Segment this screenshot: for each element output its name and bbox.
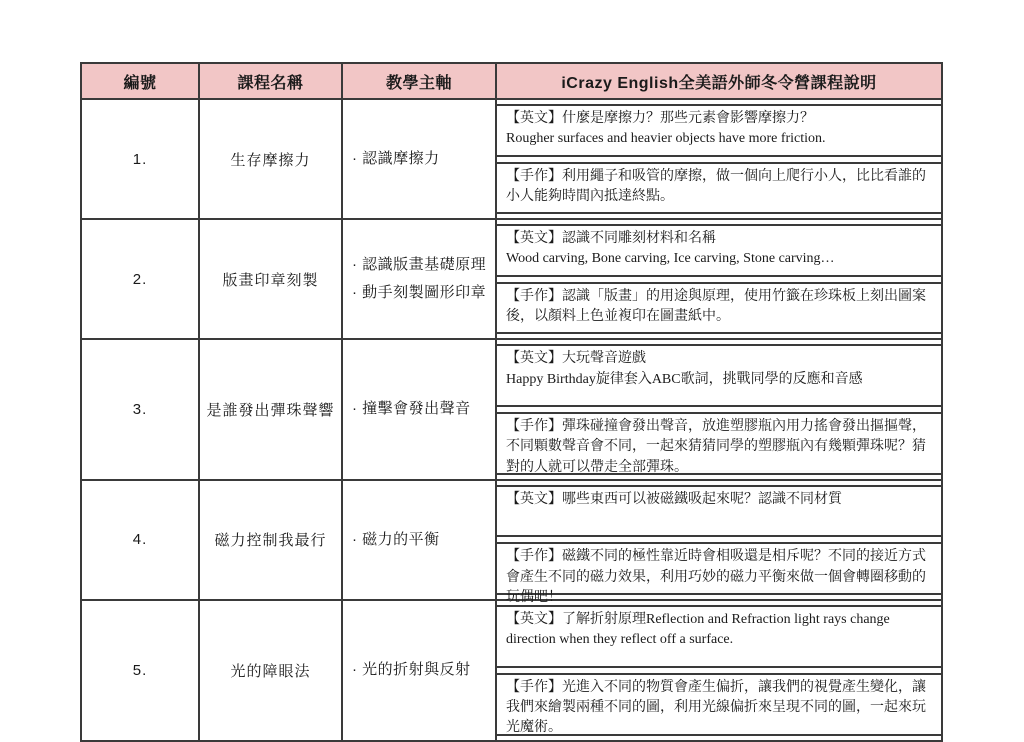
header-cell-number: 編號 [82,64,200,98]
table-row: 5. 光的障眼法 · 光的折射與反射 【英文】了解折射原理Reflection … [82,601,941,724]
row-number: 3. [82,340,200,478]
description-cell: 【英文】大玩聲音遊戲 Happy Birthday旋律套入ABC歌詞，挑戰同學的… [497,340,941,478]
handson-description: 【手作】光進入不同的物質會產生偏折，讓我們的視覺產生變化，讓我們來繪製兩種不同的… [497,673,941,724]
course-name-cell: 光的障眼法 [200,601,343,724]
header-cell-description: iCrazy English全美語外師冬令營課程說明 [497,64,941,98]
handson-description: 【手作】利用繩子和吸管的摩擦，做一個向上爬行小人，比比看誰的小人能夠時間內抵達終… [497,162,941,215]
table-row: 4. 磁力控制我最行 · 磁力的平衡 【英文】哪些東西可以被磁鐵吸起來呢？認識不… [82,481,941,601]
course-table: 編號 課程名稱 教學主軸 iCrazy English全美語外師冬令營課程說明 … [80,62,943,724]
description-cell: 【英文】哪些東西可以被磁鐵吸起來呢？認識不同材質 【手作】磁鐵不同的極性靠近時會… [497,481,941,599]
english-description: 【英文】大玩聲音遊戲 Happy Birthday旋律套入ABC歌詞，挑戰同學的… [497,344,941,407]
row-number: 4. [82,481,200,599]
teaching-axis-cell: · 光的折射與反射 [343,601,497,724]
teaching-axis-cell: · 撞擊會發出聲音 [343,340,497,478]
header-cell-course-name: 課程名稱 [200,64,343,98]
english-description: 【英文】認識不同雕刻材料和名稱 Wood carving, Bone carvi… [497,224,941,277]
english-description: 【英文】了解折射原理Reflection and Refraction ligh… [497,605,941,668]
course-name-cell: 生存摩擦力 [200,100,343,218]
teaching-axis-cell: · 認識摩擦力 [343,100,497,218]
description-cell: 【英文】了解折射原理Reflection and Refraction ligh… [497,601,941,724]
table-row: 2. 版畫印章刻製 · 認識版畫基礎原理 · 動手刻製圖形印章 【英文】認識不同… [82,220,941,340]
table-header-row: 編號 課程名稱 教學主軸 iCrazy English全美語外師冬令營課程說明 [82,64,941,100]
description-cell: 【英文】什麼是摩擦力？那些元素會影響摩擦力？ Rougher surfaces … [497,100,941,218]
english-description: 【英文】什麼是摩擦力？那些元素會影響摩擦力？ Rougher surfaces … [497,104,941,157]
course-name-cell: 版畫印章刻製 [200,220,343,338]
table-row: 1. 生存摩擦力 · 認識摩擦力 【英文】什麼是摩擦力？那些元素會影響摩擦力？ … [82,100,941,220]
row-number: 5. [82,601,200,724]
teaching-axis-cell: · 磁力的平衡 [343,481,497,599]
handson-description: 【手作】認識「版畫」的用途與原理，使用竹籤在珍珠板上刻出圖案後，以顏料上色並複印… [497,282,941,335]
handson-description: 【手作】彈珠碰撞會發出聲音，放進塑膠瓶內用力搖會發出摳摳聲，不同顆數聲音會不同，… [497,412,941,475]
teaching-axis-cell: · 認識版畫基礎原理 · 動手刻製圖形印章 [343,220,497,338]
course-name-cell: 是誰發出彈珠聲響 [200,340,343,478]
description-cell: 【英文】認識不同雕刻材料和名稱 Wood carving, Bone carvi… [497,220,941,338]
course-name-cell: 磁力控制我最行 [200,481,343,599]
row-number: 2. [82,220,200,338]
table-row: 3. 是誰發出彈珠聲響 · 撞擊會發出聲音 【英文】大玩聲音遊戲 Happy B… [82,340,941,480]
row-number: 1. [82,100,200,218]
english-description: 【英文】哪些東西可以被磁鐵吸起來呢？認識不同材質 [497,485,941,538]
handson-description: 【手作】磁鐵不同的極性靠近時會相吸還是相斥呢？不同的接近方式會產生不同的磁力效果… [497,542,941,595]
header-cell-teaching-axis: 教學主軸 [343,64,497,98]
